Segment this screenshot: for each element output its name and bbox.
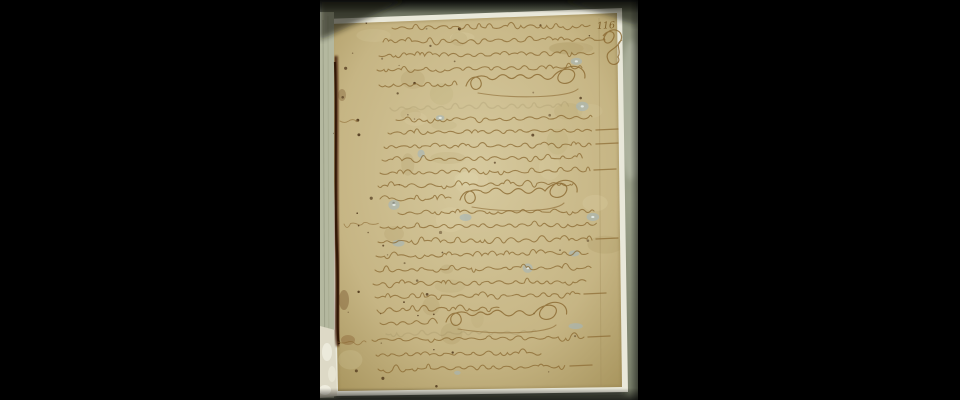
- manuscript-photo: 116: [320, 0, 638, 400]
- screenshot-canvas: 116: [0, 0, 960, 400]
- letterbox-right: [638, 0, 960, 400]
- manuscript-photo-svg: 116: [320, 0, 638, 400]
- bottom-vignette: [320, 388, 638, 400]
- right-vignette: [630, 0, 638, 400]
- letterbox-left: [0, 0, 320, 400]
